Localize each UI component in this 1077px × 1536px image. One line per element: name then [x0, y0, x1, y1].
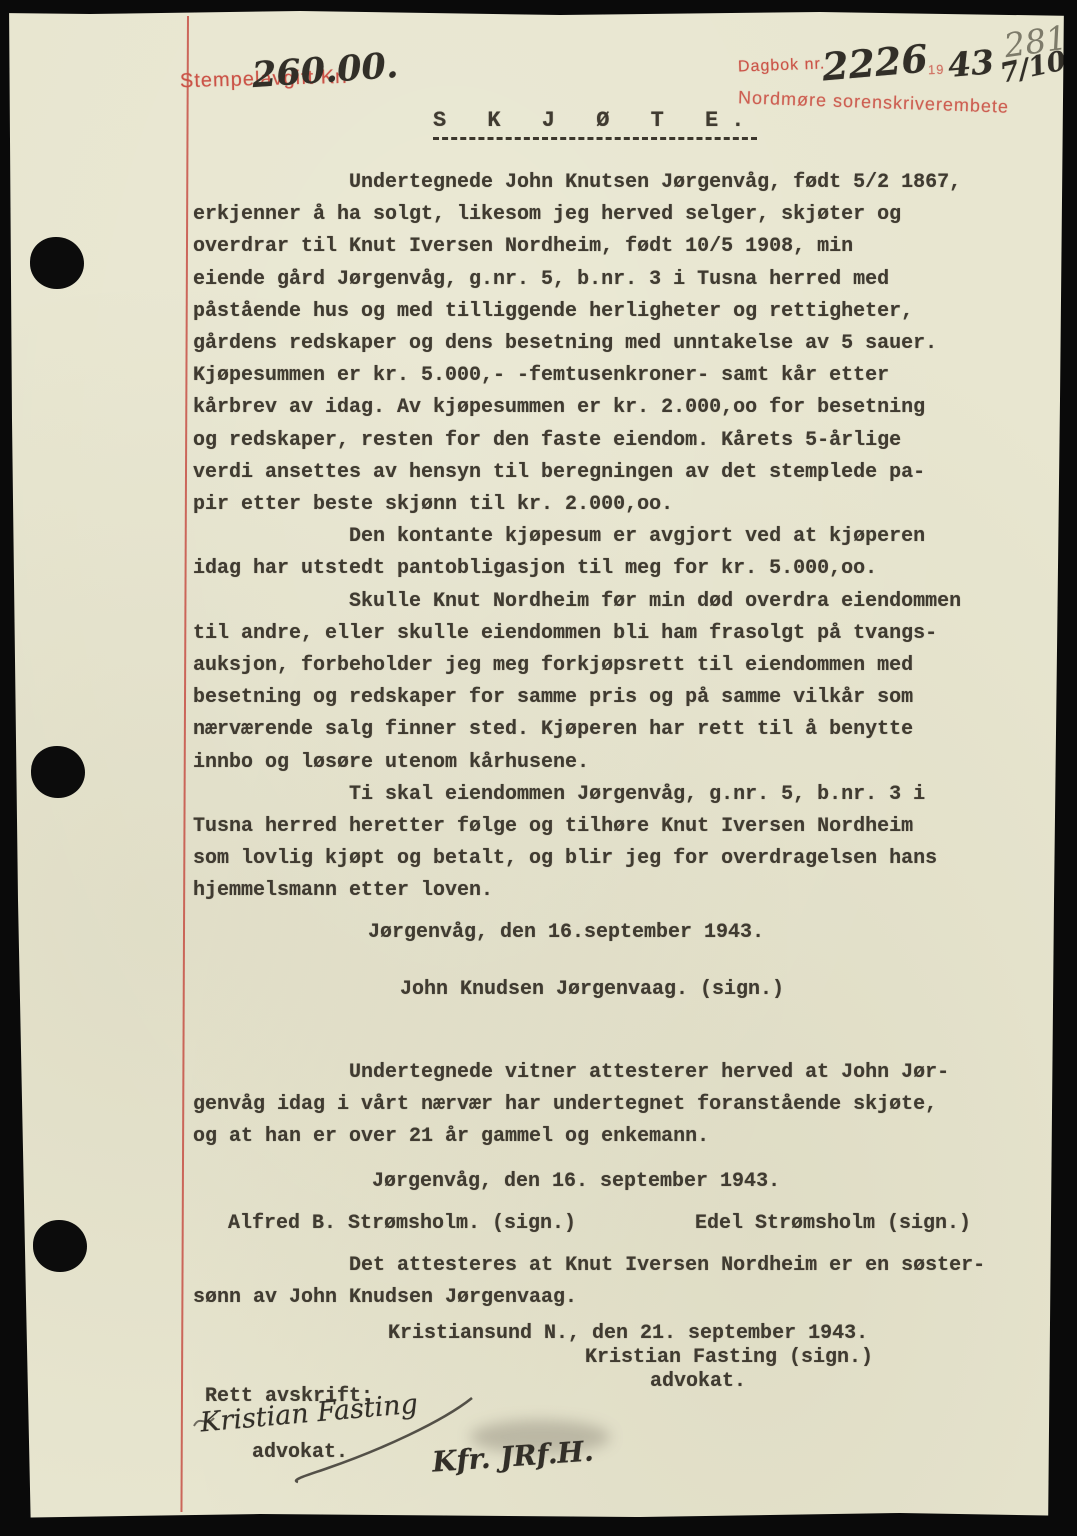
dagbok-year: 43: [946, 42, 995, 85]
stamp-duty-amount: 260.00.: [251, 45, 400, 96]
dagbok-year-prefix: 19: [928, 62, 945, 78]
attestation-paragraph: Det attesteres at Knut Iversen Nordheim …: [193, 1250, 1033, 1314]
seller-signature: John Knudsen Jørgenvaag. (sign.): [400, 974, 784, 1006]
deed-body: Undertegnede John Knutsen Jørgenvåg, fød…: [193, 167, 1033, 908]
attestation-signature-title: advokat.: [650, 1366, 746, 1398]
certifier-title: advokat.: [252, 1437, 348, 1469]
margin-line: [180, 16, 189, 1512]
deed-title: S K J Ø T E.: [433, 108, 757, 140]
witness-signature-1: Alfred B. Strømsholm. (sign.): [228, 1208, 576, 1240]
witness-paragraph: Undertegnede vitner attesterer herved at…: [193, 1057, 1033, 1154]
scan-edge-bottom: [0, 1510, 1077, 1536]
deed-place-date: Jørgenvåg, den 16.september 1943.: [368, 917, 764, 949]
hole-punch-top: [30, 237, 84, 289]
witness-signature-2: Edel Strømsholm (sign.): [695, 1208, 971, 1240]
hole-punch-bottom: [33, 1220, 87, 1272]
witness-place-date: Jørgenvåg, den 16. september 1943.: [372, 1166, 780, 1198]
scan-edge-right: [1040, 0, 1077, 1536]
court-office-stamp: Nordmøre sorenskriverembete: [738, 87, 1010, 117]
scan-edge-top: [0, 0, 1077, 16]
dagbok-stamp-label: Dagbok nr.: [738, 55, 826, 76]
scan-edge-left: [0, 0, 34, 1536]
dagbok-number: 2226: [820, 35, 929, 89]
scanned-deed-page: Stempelavgift Kr. 260.00. Dagbok nr. 222…: [0, 0, 1077, 1536]
hole-punch-middle: [31, 746, 85, 798]
